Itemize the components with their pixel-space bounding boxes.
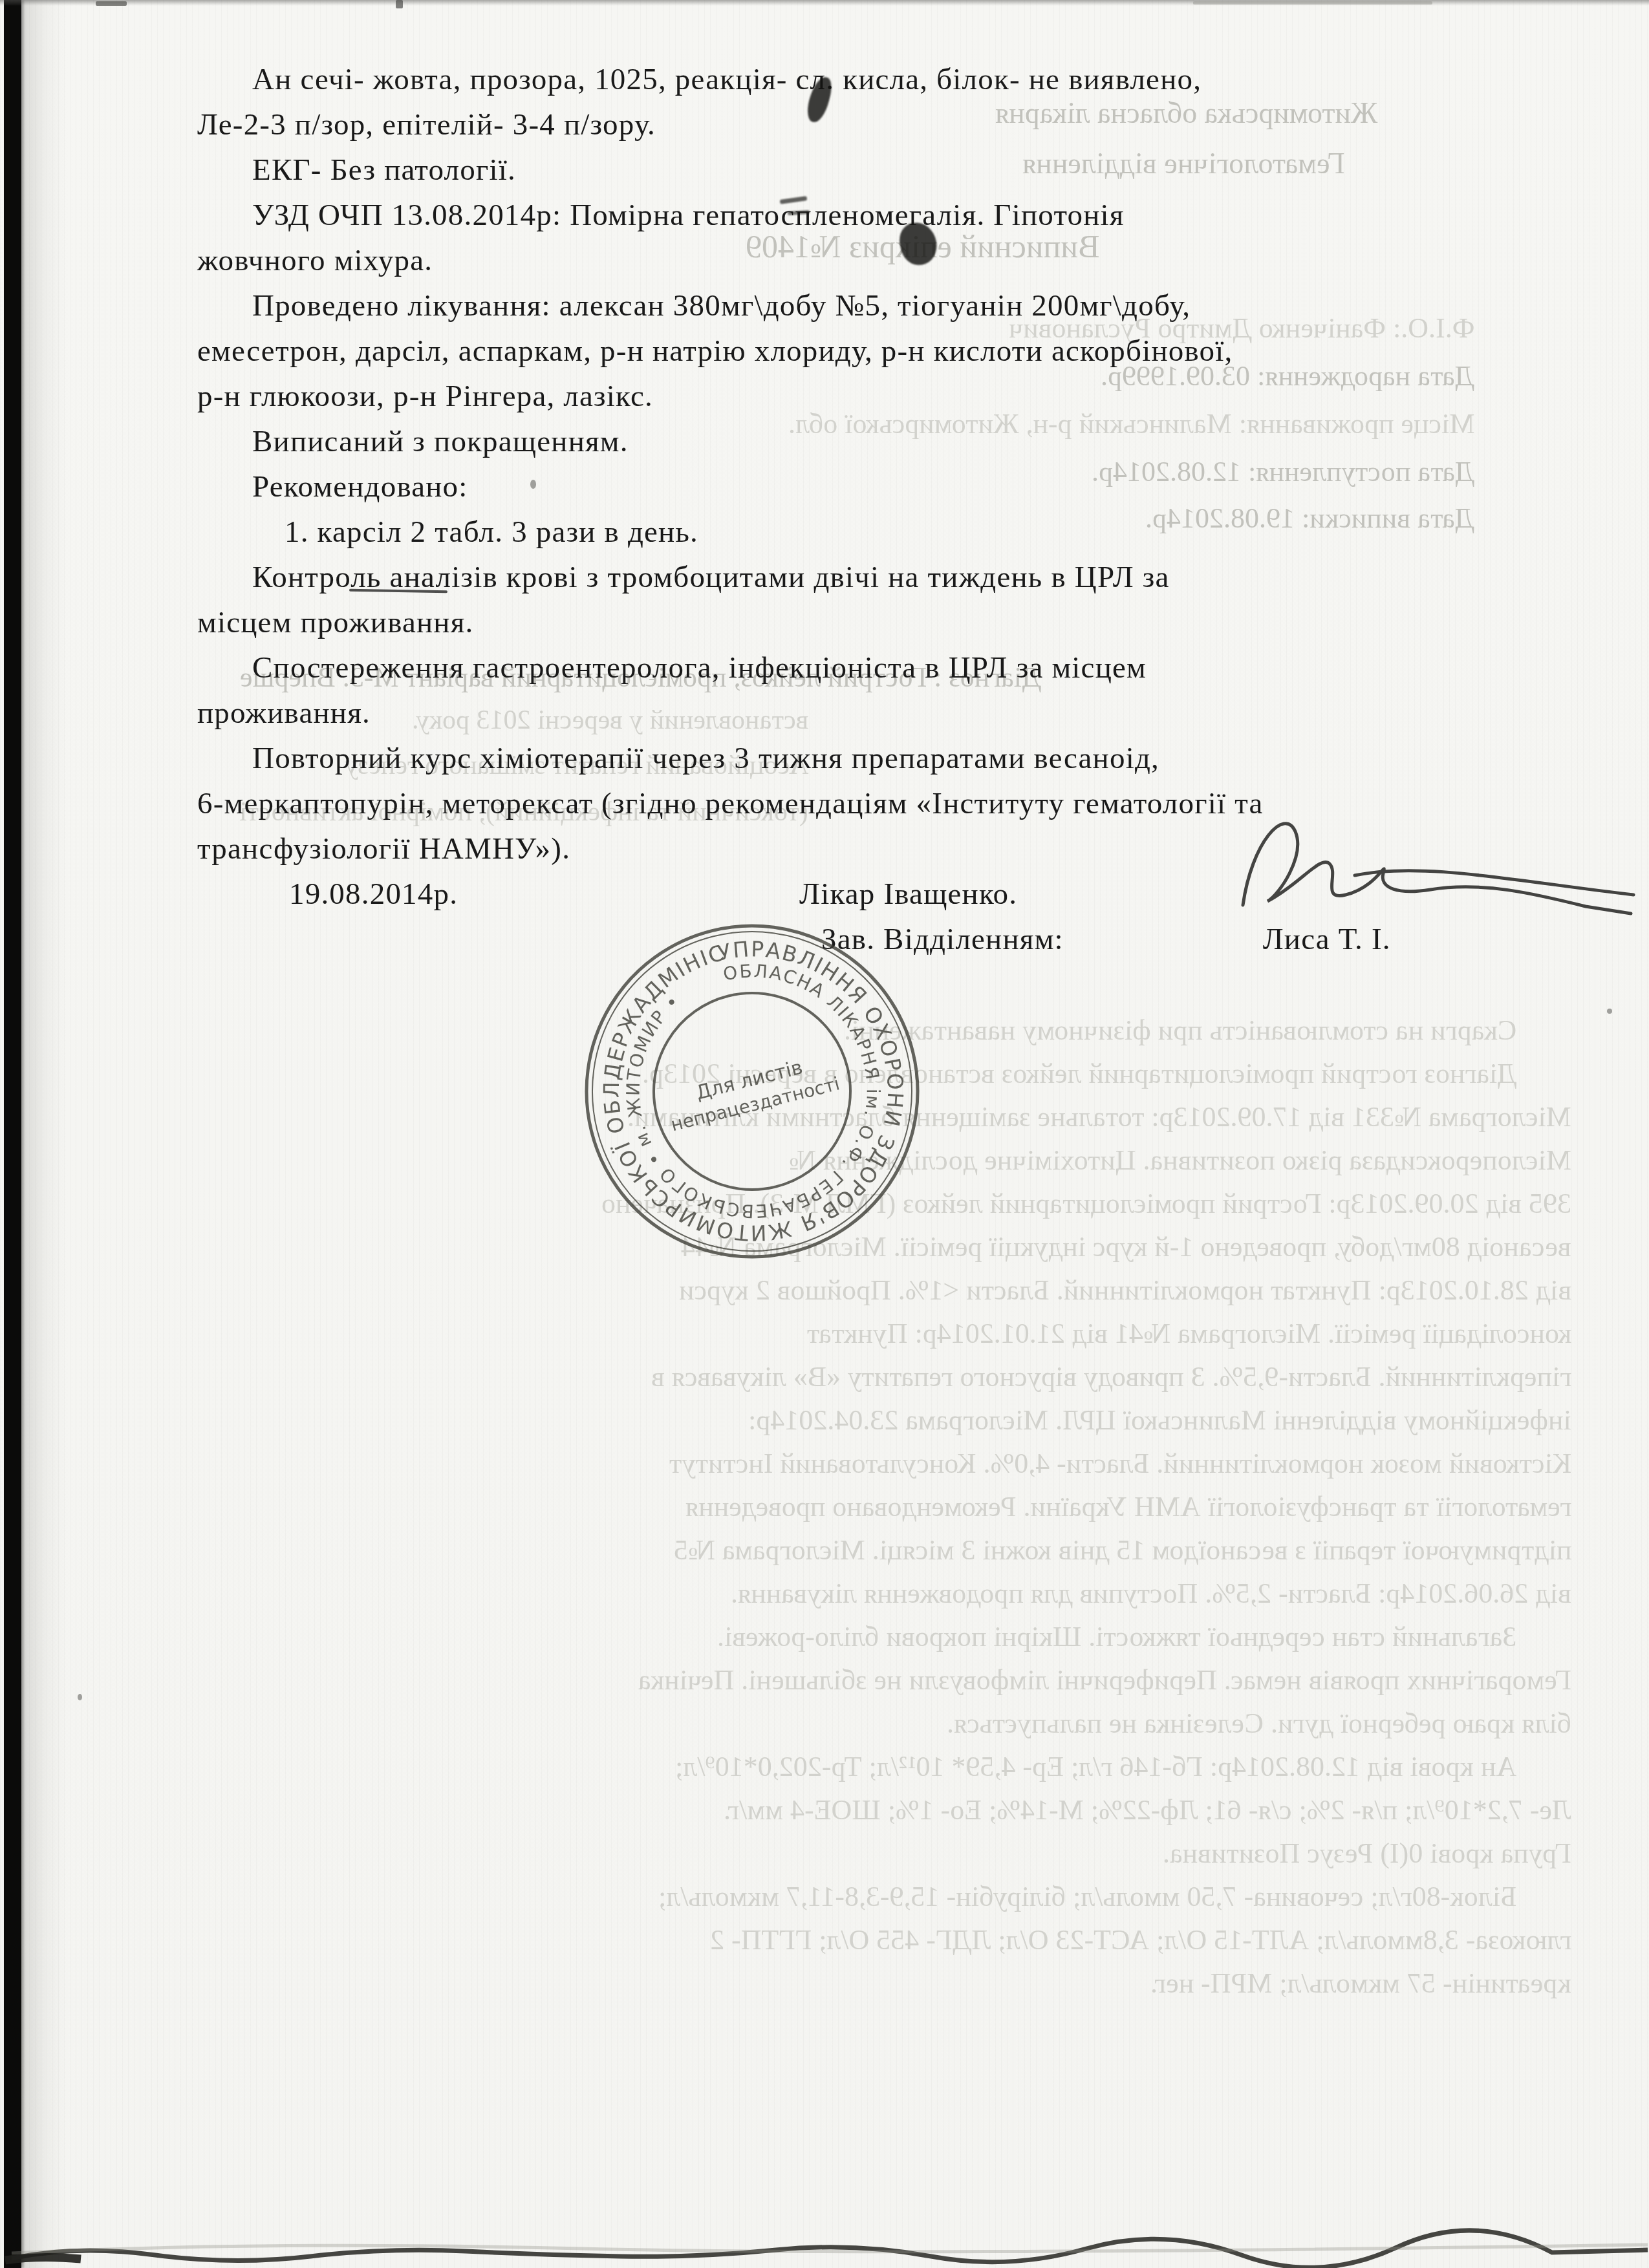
typed-line: місцем проживання. xyxy=(197,600,1391,645)
scan-top-artifact xyxy=(1193,1,1432,5)
scanned-document-page: Житомирська обласна лікарняГематологічне… xyxy=(0,0,1649,2268)
bleed-through-line: глюкоза- 3,8ммоль/л; АЛТ-15 О/л; АСТ-23 … xyxy=(710,1923,1571,1956)
bleed-through-line: Загальний стан середньої тяжкості. Шкірн… xyxy=(717,1620,1516,1653)
bleed-through-line: Білок-80г/л; сечовина- 7,50 ммоль/л; біл… xyxy=(658,1880,1516,1913)
bleed-through-line: креатинін- 57 мкмоль/л; МРП- нег. xyxy=(1150,1967,1571,2000)
typed-line: Повторний курс хіміотерапії через 3 тижн… xyxy=(197,736,1391,781)
bleed-through-line: від 28.10.2013р: Пунктат нормоклітинний.… xyxy=(679,1274,1571,1307)
typed-lines: Ан сечі- жовта, прозора, 1025, реакція- … xyxy=(197,57,1391,872)
typed-line: Ан сечі- жовта, прозора, 1025, реакція- … xyxy=(197,57,1391,102)
discharge-date: 19.08.2014р. xyxy=(289,877,458,911)
typed-line: проживання. xyxy=(197,690,1391,736)
bleed-through-line: Ан крові від 12.08.2014р: Гб-146 г/л; Ер… xyxy=(675,1750,1516,1783)
typed-line: емесетрон, дарсіл, аспаркам, р-н натрію … xyxy=(197,328,1391,374)
bleed-through-line: Група крові 0(І) Резус Позитивна. xyxy=(1163,1837,1571,1870)
bleed-through-line: Ле- 7,2*10⁹/л; п/я- 2%; с/я- 61; Лф-22%;… xyxy=(724,1793,1571,1826)
typed-line: Виписаний з покращенням. xyxy=(197,419,1391,464)
bleed-through-line: консолідації ремісії. Мієлограма №41 від… xyxy=(807,1317,1571,1350)
bleed-through-line: біля краю реберної дуги. Селезінка не па… xyxy=(947,1707,1571,1740)
typed-line: Рекомендовано: xyxy=(197,464,1391,509)
bleed-through-line: гіперклітинний. Бласти-9,5%. З приводу в… xyxy=(651,1360,1571,1393)
typed-text-block: Ан сечі- жовта, прозора, 1025, реакція- … xyxy=(197,57,1391,962)
handwritten-signature-icon xyxy=(1222,797,1649,936)
ink-speck xyxy=(1607,1009,1612,1014)
typed-line: 6-меркаптопурін, меторексат (згідно реко… xyxy=(197,781,1391,826)
bleed-through-line: від 26.06.2014р: Бласти- 2,5%. Поступив … xyxy=(731,1577,1571,1610)
scan-top-artifact xyxy=(96,1,127,6)
paper-bottom-edge xyxy=(0,2223,1649,2268)
bleed-through-line: підтримуючої терапії з весаноїдом 15 дні… xyxy=(674,1534,1571,1567)
scan-left-shadow-streak xyxy=(21,0,67,2268)
typed-line: Ле-2-3 п/зор, епітелій- 3-4 п/зору. xyxy=(197,102,1391,147)
bleed-through-line: Скарги на стомлюваність при фізичному на… xyxy=(844,1014,1516,1047)
typed-line: Спостереження гастроентеролога, інфекціо… xyxy=(197,645,1391,690)
bleed-through-line: інфекційному відділенні Малинської ЦРЛ. … xyxy=(748,1404,1571,1437)
bleed-through-line: гематології та трансфузіології АМН Украї… xyxy=(685,1490,1571,1523)
scan-top-artifact xyxy=(396,0,403,8)
bleed-through-line: Геморагічних проявів немає. Периферичні … xyxy=(638,1664,1571,1696)
ink-speck xyxy=(530,480,536,489)
typed-line: жовчного міхура. xyxy=(197,238,1391,283)
scan-left-black-bar xyxy=(4,0,21,2268)
typed-line: Проведено лікування: алексан 380мг\добу … xyxy=(197,283,1391,328)
typed-line: трансфузіології НАМНУ»). xyxy=(197,826,1391,872)
ink-speck xyxy=(78,1694,82,1700)
bleed-through-line: Кістковий мозок нормоклітинний. Бласти- … xyxy=(669,1447,1571,1480)
typed-line: ЕКГ- Без патології. xyxy=(197,147,1391,193)
typed-line: р-н глюкоози, р-н Рінгера, лазікс. xyxy=(197,374,1391,419)
typed-line: Контроль аналізів крові з тромбоцитами д… xyxy=(197,555,1391,600)
typed-line: 1. карсіл 2 табл. 3 рази в день. xyxy=(197,509,1391,555)
